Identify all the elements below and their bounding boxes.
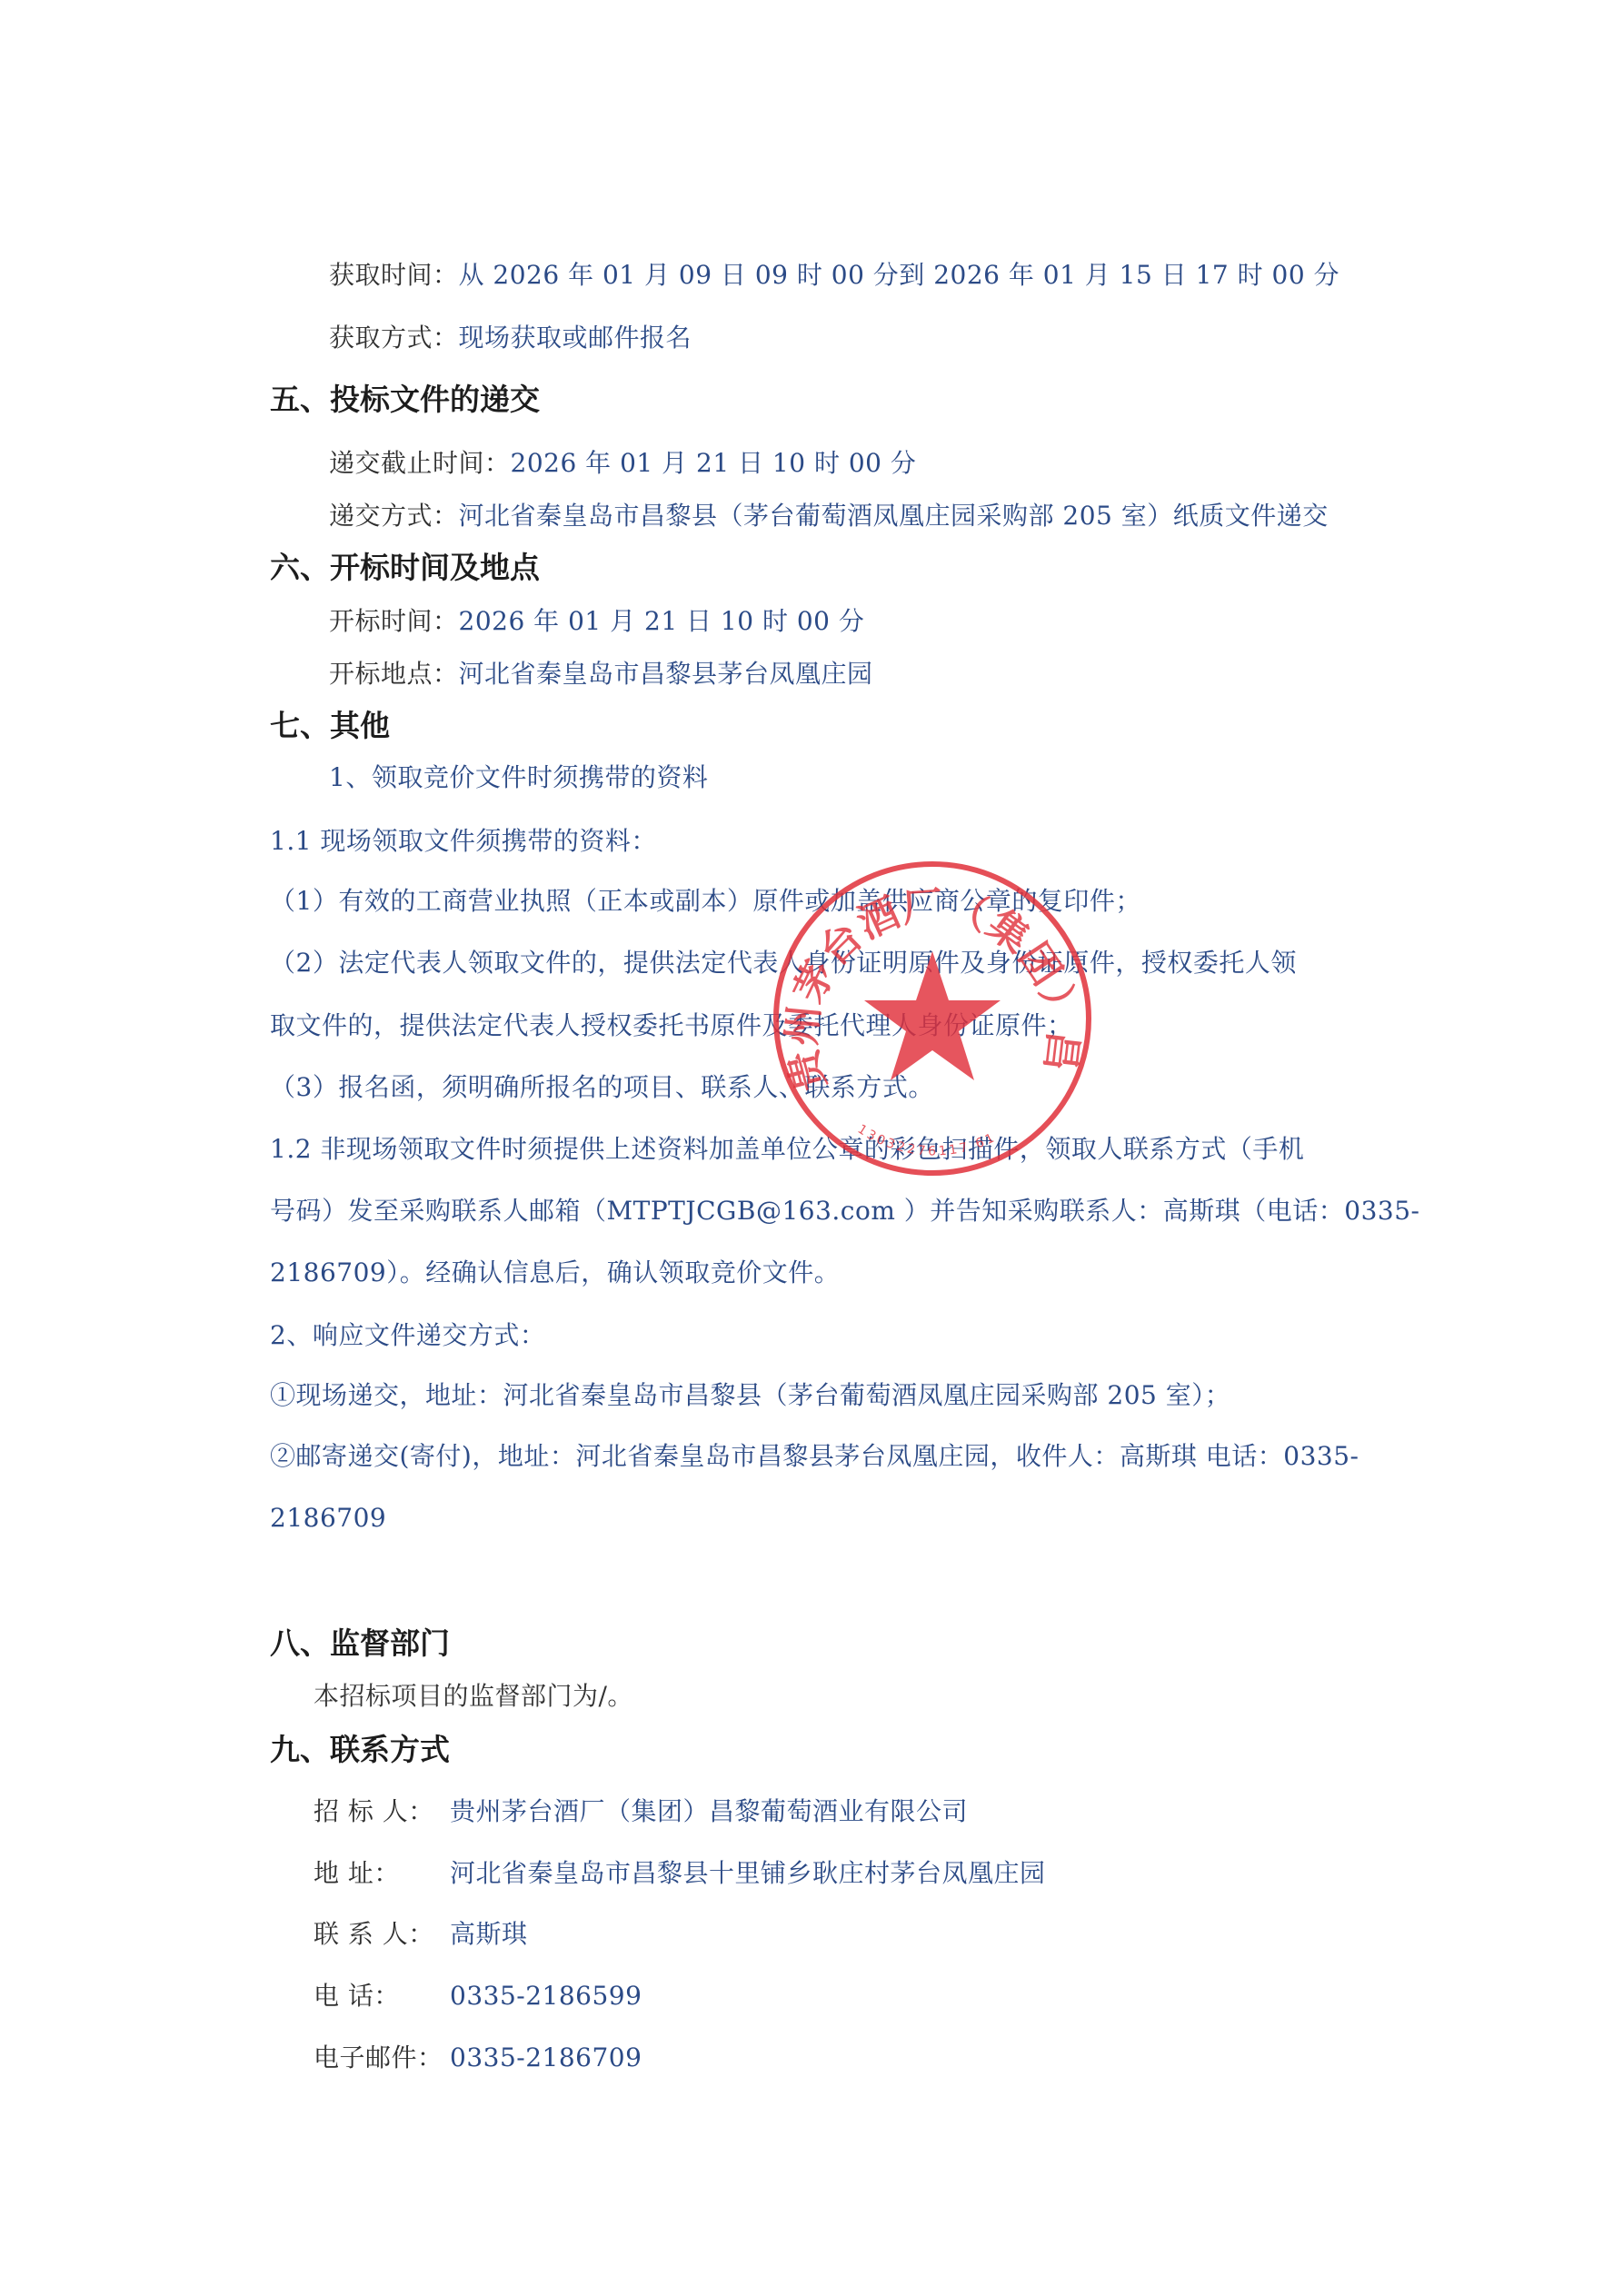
get-time-line: 获取时间：从 2026 年 01 月 09 日 09 时 00 分到 2026 … [329,259,1339,292]
get-method-line: 获取方式：现场获取或邮件报名 [329,322,692,354]
item1-2-line1: 1.2 非现场领取文件时须提供上述资料加盖单位公章的彩色扫描件，领取人联系方式（… [270,1133,1304,1166]
contact-row-email: 电子邮件：0335-2186709 [314,2042,642,2074]
contact-label: 地 址： [314,1857,450,1890]
item1-1-a: （1）有效的工商营业执照（正本或副本）原件或加盖供应商公章的复印件； [270,885,1141,918]
get-time-value: 从 2026 年 01 月 09 日 09 时 00 分到 2026 年 01 … [459,260,1340,290]
contact-value: 河北省秦皇岛市昌黎县十里铺乡耿庄村茅台凤凰庄园 [450,1858,1046,1888]
submit-method-label: 递交方式： [329,501,459,531]
deadline-value: 2026 年 01 月 21 日 10 时 00 分 [511,448,917,478]
item1-2-line3: 2186709）。经确认信息后，确认领取竞价文件。 [270,1257,840,1289]
contact-label: 联 系 人： [314,1918,450,1951]
item1-1-title: 1.1 现场领取文件须携带的资料： [270,825,657,858]
open-time-line: 开标时间：2026 年 01 月 21 日 10 时 00 分 [329,605,864,638]
section9-heading: 九、联系方式 [270,1732,450,1768]
contact-row-person: 联 系 人：高斯琪 [314,1918,528,1951]
contact-row-address: 地 址：河北省秦皇岛市昌黎县十里铺乡耿庄村茅台凤凰庄园 [314,1857,1046,1890]
contact-label: 电 话： [314,1980,450,2013]
section6-heading: 六、开标时间及地点 [270,550,540,586]
get-time-label: 获取时间： [329,260,459,290]
contact-value: 高斯琪 [450,1919,528,1949]
open-place-value: 河北省秦皇岛市昌黎县茅台凤凰庄园 [459,659,873,689]
item1-1-b-line2: 取文件的，提供法定代表人授权委托书原件及委托代理人身份证原件； [270,1009,1073,1042]
open-place-line: 开标地点：河北省秦皇岛市昌黎县茅台凤凰庄园 [329,658,873,691]
get-method-value: 现场获取或邮件报名 [459,323,692,353]
open-time-label: 开标时间： [329,606,459,636]
item2-b-line2: 2186709 [270,1502,386,1535]
deadline-line: 递交截止时间：2026 年 01 月 21 日 10 时 00 分 [329,447,916,480]
section7-heading: 七、其他 [270,708,390,744]
contact-label: 电子邮件： [314,2042,450,2074]
item2-b-line1: ②邮寄递交(寄付)，地址：河北省秦皇岛市昌黎县茅台凤凰庄园，收件人：高斯琪 电话… [270,1440,1359,1473]
submit-method-line: 递交方式：河北省秦皇岛市昌黎县（茅台葡萄酒凤凰庄园采购部 205 室）纸质文件递… [329,500,1329,532]
contact-value: 0335-2186599 [450,1981,642,2011]
section8-heading: 八、监督部门 [270,1625,450,1662]
section5-heading: 五、投标文件的递交 [270,382,540,418]
contact-value: 贵州茅台酒厂（集团）昌黎葡萄酒业有限公司 [450,1796,968,1826]
open-place-label: 开标地点： [329,659,459,689]
deadline-label: 递交截止时间： [329,448,511,478]
item2-a: ①现场递交，地址：河北省秦皇岛市昌黎县（茅台葡萄酒凤凰庄园采购部 205 室）； [270,1379,1230,1412]
item2-title: 2、响应文件递交方式： [270,1319,545,1352]
contact-row-tenderer: 招 标 人：贵州茅台酒厂（集团）昌黎葡萄酒业有限公司 [314,1795,968,1828]
contact-label: 招 标 人： [314,1795,450,1828]
item1-title: 1、领取竞价文件时须携带的资料 [329,761,708,794]
supervision-text: 本招标项目的监督部门为/。 [314,1680,633,1713]
item1-1-c: （3）报名函，须明确所报名的项目、联系人、联系方式。 [270,1071,934,1104]
contact-row-phone: 电 话：0335-2186599 [314,1980,642,2013]
open-time-value: 2026 年 01 月 21 日 10 时 00 分 [459,606,865,636]
item1-2-line2: 号码）发至采购联系人邮箱（MTPTJCGB@163.com ）并告知采购联系人：… [270,1195,1420,1228]
contact-value: 0335-2186709 [450,2043,642,2072]
item1-1-b-line1: （2）法定代表人领取文件的，提供法定代表人身份证明原件及身份证原件，授权委托人领 [270,947,1297,979]
submit-method-value: 河北省秦皇岛市昌黎县（茅台葡萄酒凤凰庄园采购部 205 室）纸质文件递交 [459,501,1329,531]
get-method-label: 获取方式： [329,323,459,353]
